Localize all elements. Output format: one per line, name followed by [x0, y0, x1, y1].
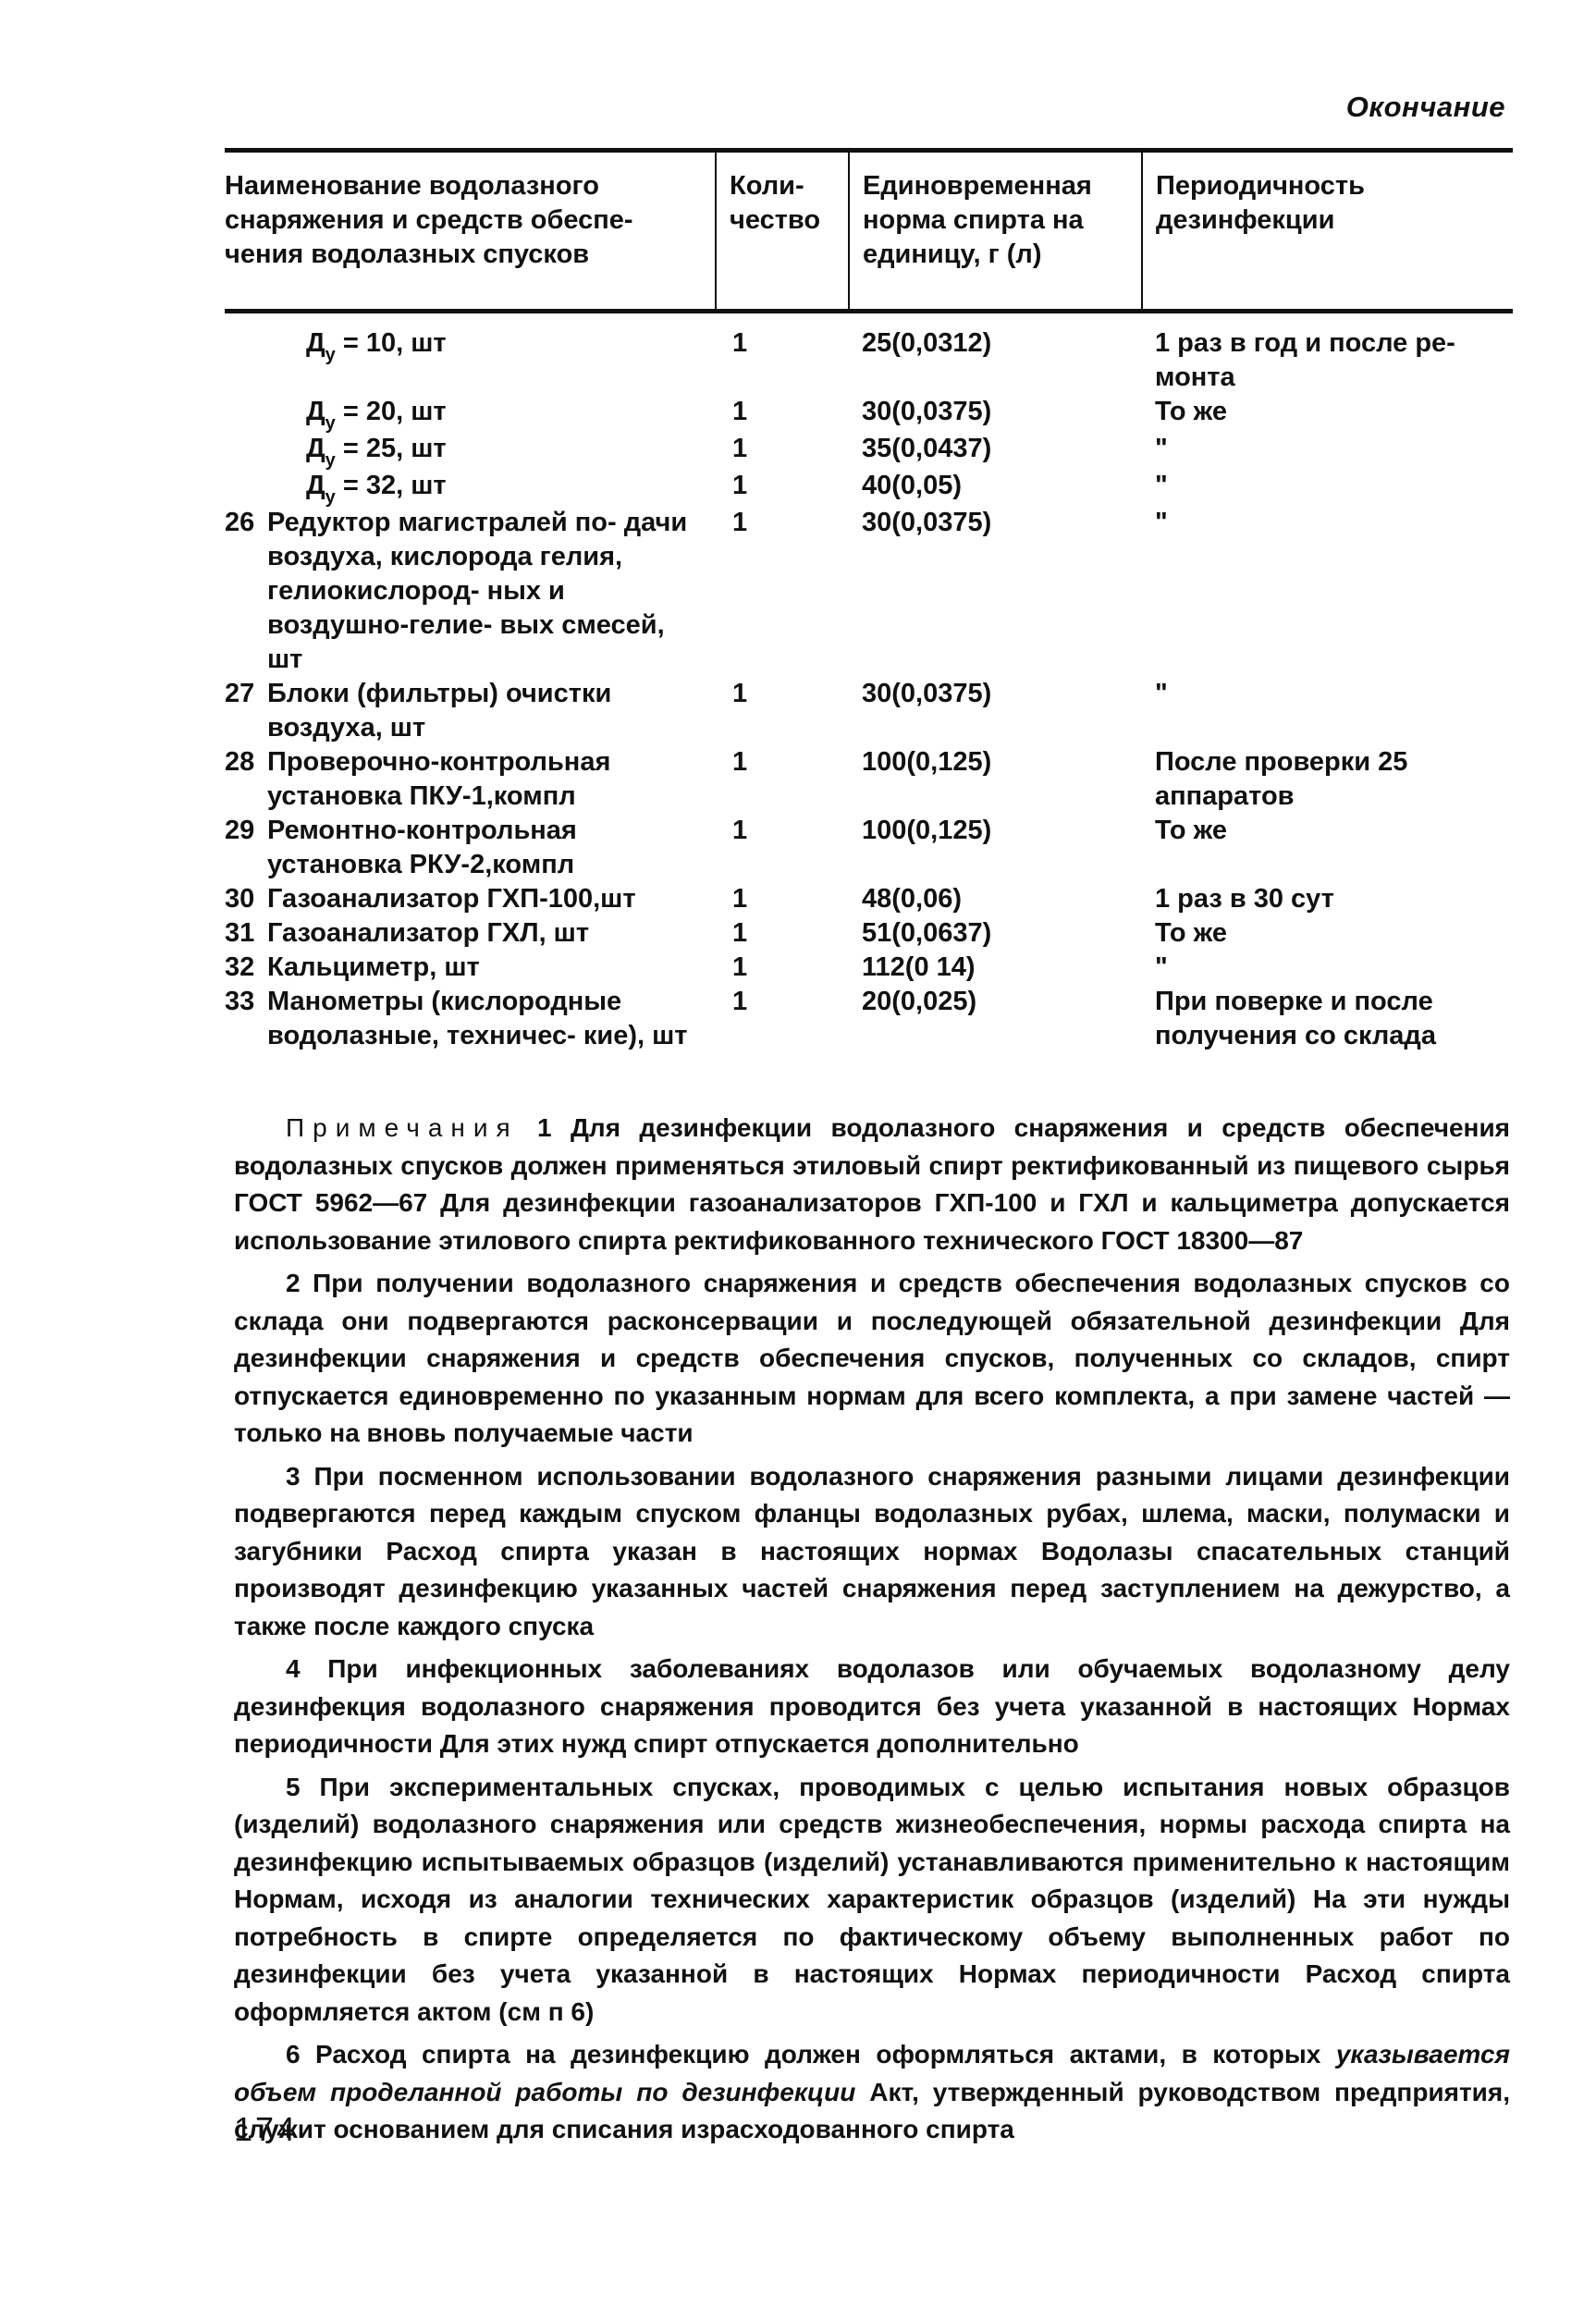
variant-subscript: у [325, 413, 336, 434]
note-3: 3 При посменном использовании водолазног… [234, 1458, 1510, 1646]
equipment-size-variant: Ду = 32, шт [225, 469, 703, 506]
notes-heading: Примечания [286, 1113, 519, 1142]
item-name: Кальциметр, шт [267, 951, 703, 985]
cell-periodicity: После проверки 25 аппаратов [1142, 745, 1513, 814]
item-number: 27 [225, 677, 267, 745]
variant-value: = 25, шт [336, 434, 447, 463]
cell-equipment: 30Газоанализатор ГХП-100,шт [225, 882, 716, 916]
item-number: 29 [225, 814, 267, 882]
item-name: Блоки (фильтры) очистки воздуха, шт [267, 677, 703, 745]
item-number: 31 [225, 916, 267, 951]
cell-quantity: 1 [716, 395, 849, 432]
table-row: Ду = 32, шт140(0,05)" [225, 469, 1513, 506]
cell-equipment: 29Ремонтно-контрольная установка РКУ-2,к… [225, 814, 716, 882]
note-6-lead: 6 Расход спирта на дезинфекцию должен оф… [286, 2040, 1320, 2069]
cell-norm: 30(0,0375) [849, 395, 1142, 432]
cell-periodicity: То же [1142, 814, 1513, 882]
cell-norm: 25(0,0312) [849, 312, 1142, 396]
cell-periodicity: " [1142, 469, 1513, 506]
item-number: 30 [225, 882, 267, 916]
cell-quantity: 1 [716, 469, 849, 506]
cell-periodicity: То же [1142, 395, 1513, 432]
cell-norm: 100(0,125) [849, 745, 1142, 814]
cell-quantity: 1 [716, 814, 849, 882]
note-1: Примечания 1 Для дезинфекции водолазного… [234, 1110, 1510, 1259]
cell-norm: 112(0 14) [849, 951, 1142, 985]
cell-norm: 51(0,0637) [849, 916, 1142, 951]
table-row: 26Редуктор магистралей по- дачи воздуха,… [225, 506, 1513, 677]
variant-symbol: Д [306, 397, 325, 426]
cell-norm: 35(0,0437) [849, 432, 1142, 469]
item-name: Газоанализатор ГХЛ, шт [267, 916, 703, 951]
variant-subscript: у [325, 450, 336, 471]
cell-periodicity: 1 раз в год и после ре- монта [1142, 312, 1513, 396]
table-row: 27Блоки (фильтры) очистки воздуха, шт130… [225, 677, 1513, 745]
cell-quantity: 1 [716, 677, 849, 745]
cell-equipment: Ду = 32, шт [225, 469, 716, 506]
cell-norm: 30(0,0375) [849, 506, 1142, 677]
column-header-periodicity: Периодичность дезинфекции [1142, 151, 1513, 312]
table-row: 29Ремонтно-контрольная установка РКУ-2,к… [225, 814, 1513, 882]
variant-symbol: Д [306, 434, 325, 463]
continuation-label: Окончание [1346, 91, 1505, 124]
table-row: Ду = 25, шт135(0,0437)" [225, 432, 1513, 469]
item-number: 33 [225, 985, 267, 1053]
cell-equipment: Ду = 10, шт [225, 312, 716, 396]
cell-norm: 40(0,05) [849, 469, 1142, 506]
cell-quantity: 1 [716, 951, 849, 985]
cell-equipment: 31Газоанализатор ГХЛ, шт [225, 916, 716, 951]
table-row: 31Газоанализатор ГХЛ, шт151(0,0637)То же [225, 916, 1513, 951]
item-number: 32 [225, 951, 267, 985]
item-name: Манометры (кислородные водолазные, техни… [267, 985, 703, 1053]
cell-quantity: 1 [716, 916, 849, 951]
item-name: Газоанализатор ГХП-100,шт [267, 882, 703, 916]
table-header-row: Наименование водолазного снаряжения и ср… [225, 151, 1513, 312]
table-row: Ду = 10, шт125(0,0312)1 раз в год и посл… [225, 312, 1513, 396]
variant-symbol: Д [306, 471, 325, 500]
variant-value: = 32, шт [336, 471, 447, 500]
note-6: 6 Расход спирта на дезинфекцию должен оф… [234, 2036, 1510, 2149]
variant-symbol: Д [306, 328, 325, 358]
equipment-size-variant: Ду = 10, шт [225, 326, 703, 363]
table-row: 30Газоанализатор ГХП-100,шт148(0,06)1 ра… [225, 882, 1513, 916]
item-name: Ремонтно-контрольная установка РКУ-2,ком… [267, 814, 703, 882]
notes-section: Примечания 1 Для дезинфекции водолазного… [234, 1110, 1510, 2155]
cell-quantity: 1 [716, 882, 849, 916]
cell-periodicity: " [1142, 951, 1513, 985]
variant-value: = 20, шт [336, 397, 447, 426]
item-number: 28 [225, 745, 267, 814]
variant-value: = 10, шт [336, 328, 447, 358]
table-row: Ду = 20, шт130(0,0375)То же [225, 395, 1513, 432]
cell-norm: 100(0,125) [849, 814, 1142, 882]
cell-periodicity: 1 раз в 30 сут [1142, 882, 1513, 916]
cell-periodicity: " [1142, 432, 1513, 469]
variant-subscript: у [325, 487, 336, 508]
cell-quantity: 1 [716, 506, 849, 677]
cell-equipment: 28Проверочно-контрольная установка ПКУ-1… [225, 745, 716, 814]
cell-norm: 48(0,06) [849, 882, 1142, 916]
cell-norm: 30(0,0375) [849, 677, 1142, 745]
table-row: 28Проверочно-контрольная установка ПКУ-1… [225, 745, 1513, 814]
cell-periodicity: " [1142, 506, 1513, 677]
column-header-equipment: Наименование водолазного снаряжения и ср… [225, 151, 716, 312]
cell-equipment: 33Манометры (кислородные водолазные, тех… [225, 985, 716, 1053]
table-row: 33Манометры (кислородные водолазные, тех… [225, 985, 1513, 1053]
item-name: Проверочно-контрольная установка ПКУ-1,к… [267, 745, 703, 814]
variant-subscript: у [325, 345, 336, 365]
item-number: 26 [225, 506, 267, 677]
cell-periodicity: " [1142, 677, 1513, 745]
equipment-size-variant: Ду = 20, шт [225, 395, 703, 432]
note-5: 5 При экспериментальных спусках, проводи… [234, 1769, 1510, 2032]
table-row: 32Кальциметр, шт1112(0 14)" [225, 951, 1513, 985]
page-number: 174 [234, 2110, 298, 2149]
cell-equipment: Ду = 25, шт [225, 432, 716, 469]
cell-quantity: 1 [716, 745, 849, 814]
item-name: Редуктор магистралей по- дачи воздуха, к… [267, 506, 703, 677]
column-header-quantity: Коли- чество [716, 151, 849, 312]
table-body: Ду = 10, шт125(0,0312)1 раз в год и посл… [225, 312, 1513, 1054]
cell-equipment: 32Кальциметр, шт [225, 951, 716, 985]
cell-quantity: 1 [716, 985, 849, 1053]
alcohol-norms-table: Наименование водолазного снаряжения и ср… [225, 148, 1513, 1053]
cell-equipment: 27Блоки (фильтры) очистки воздуха, шт [225, 677, 716, 745]
cell-equipment: 26Редуктор магистралей по- дачи воздуха,… [225, 506, 716, 677]
cell-equipment: Ду = 20, шт [225, 395, 716, 432]
note-2: 2 При получении водолазного снаряжения и… [234, 1265, 1510, 1453]
column-header-norm: Единовременная норма спирта на единицу, … [849, 151, 1142, 312]
equipment-size-variant: Ду = 25, шт [225, 432, 703, 469]
cell-quantity: 1 [716, 432, 849, 469]
cell-periodicity: При поверке и после получения со склада [1142, 985, 1513, 1053]
note-4: 4 При инфекционных заболеваниях водолазо… [234, 1651, 1510, 1763]
cell-periodicity: То же [1142, 916, 1513, 951]
cell-quantity: 1 [716, 312, 849, 396]
cell-norm: 20(0,025) [849, 985, 1142, 1053]
